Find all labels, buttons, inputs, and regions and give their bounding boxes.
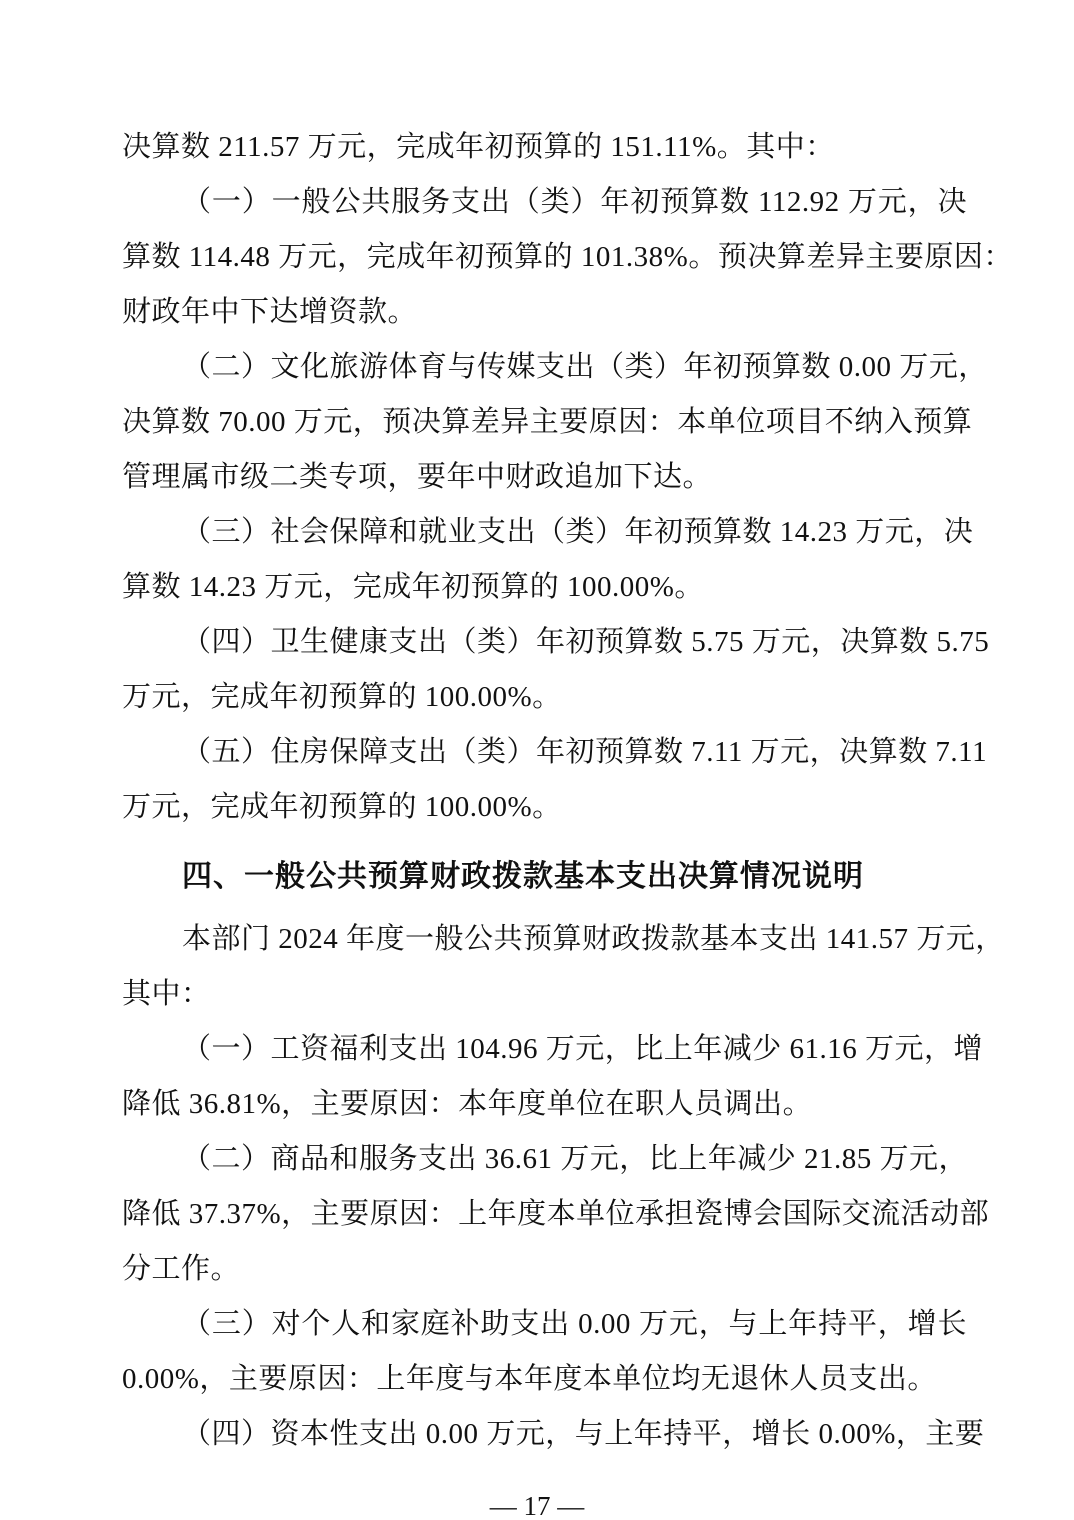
text-line: （三）对个人和家庭补助支出 0.00 万元，与上年持平，增长 [122,1297,967,1352]
text-line: （四）卫生健康支出（类）年初预算数 5.75 万元，决算数 5.75 [122,615,967,670]
text-line: （三）社会保障和就业支出（类）年初预算数 14.23 万元，决 [122,505,967,560]
section-heading: 四、一般公共预算财政拨款基本支出决算情况说明 [122,849,967,904]
text-line: （四）资本性支出 0.00 万元，与上年持平，增长 0.00%，主要 [122,1407,967,1462]
text-line: 0.00%，主要原因：上年度与本年度本单位均无退休人员支出。 [122,1352,967,1407]
text-line: 管理属市级二类专项，要年中财政追加下达。 [122,450,967,505]
text-line: 降低 36.81%，主要原因：本年度单位在职人员调出。 [122,1077,967,1132]
text-line: （一）一般公共服务支出（类）年初预算数 112.92 万元，决 [122,175,967,230]
text-line: 万元，完成年初预算的 100.00%。 [122,670,967,725]
text-line: 财政年中下达增资款。 [122,285,967,340]
text-line: 万元，完成年初预算的 100.00%。 [122,780,967,835]
text-line: 其中： [122,967,967,1022]
text-line: 决算数 211.57 万元，完成年初预算的 151.11%。其中： [122,120,967,175]
document-page: 决算数 211.57 万元，完成年初预算的 151.11%。其中：（一）一般公共… [0,0,1074,1520]
text-line: 算数 14.23 万元，完成年初预算的 100.00%。 [122,560,967,615]
text-line: 降低 37.37%，主要原因：上年度本单位承担瓷博会国际交流活动部 [122,1187,967,1242]
document-body: 决算数 211.57 万元，完成年初预算的 151.11%。其中：（一）一般公共… [122,120,967,1462]
page-footer: — 17 — [0,1488,1074,1520]
text-line: （一）工资福利支出 104.96 万元，比上年减少 61.16 万元，增 [122,1022,967,1077]
text-line: 决算数 70.00 万元，预决算差异主要原因：本单位项目不纳入预算 [122,395,967,450]
text-line: 分工作。 [122,1242,967,1297]
text-line: 本部门 2024 年度一般公共预算财政拨款基本支出 141.57 万元， [122,912,967,967]
page-number: — 17 — [490,1491,585,1520]
text-line: （二）商品和服务支出 36.61 万元，比上年减少 21.85 万元， [122,1132,967,1187]
text-line: （二）文化旅游体育与传媒支出（类）年初预算数 0.00 万元， [122,340,967,395]
text-line: 算数 114.48 万元，完成年初预算的 101.38%。预决算差异主要原因： [122,230,967,285]
text-line: （五）住房保障支出（类）年初预算数 7.11 万元，决算数 7.11 [122,725,967,780]
